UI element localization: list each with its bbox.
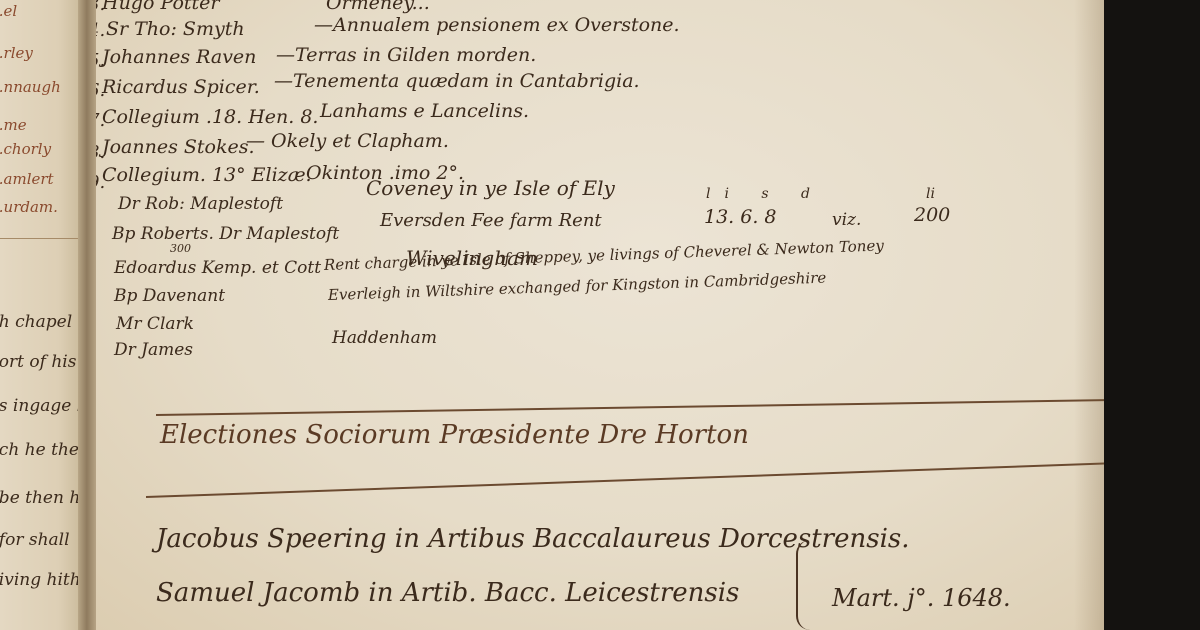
- brace-mark: [796, 540, 812, 630]
- benefaction-desc: Eversden Fee farm Rent: [380, 210, 602, 231]
- margin-fragment: ..for shall: [0, 530, 70, 550]
- amount-value: 13. 6. 8: [704, 206, 777, 228]
- currency-header: li s d: [706, 186, 824, 202]
- margin-name: ..nnaugh: [0, 78, 61, 96]
- benefactor-name: Ricardus Spicer.: [102, 76, 260, 98]
- benefaction-desc: — Okely et Clapham.: [246, 130, 449, 152]
- margin-name: ..me: [0, 116, 27, 134]
- election-entry: Samuel Jacomb in Artib. Bacc. Leicestren…: [156, 578, 739, 608]
- benefaction-desc: —Annualem pensionem ex Overstone.: [314, 14, 680, 36]
- benefaction-desc: —Tenementa quædam in Cantabrigia.: [274, 70, 640, 92]
- superscript-value: 300: [170, 242, 191, 255]
- benefaction-desc: —Terras in Gilden morden.: [276, 44, 536, 66]
- left-page: ..el ..rley ..nnaugh ..me ..chorly ..aml…: [0, 0, 84, 630]
- benefactor-name: Edoardus Kemp. et Cott: [114, 258, 321, 278]
- margin-fragment: ..ch he then hi..: [0, 440, 84, 460]
- margin-rule: [0, 238, 84, 239]
- viz-unit: li: [926, 186, 935, 202]
- benefactor-name: Hugo Potter: [102, 0, 220, 14]
- margin-name: ..el: [0, 2, 17, 20]
- benefactor-name: Collegium. 13° Elizæ.: [102, 164, 312, 186]
- margin-fragment: ..ort of his: [0, 352, 76, 372]
- dark-backdrop: [1104, 0, 1200, 630]
- benefactor-name: Johannes Raven: [102, 46, 256, 68]
- margin-name: ..urdam.: [0, 198, 58, 216]
- benefaction-desc: Ormeney...: [326, 0, 430, 14]
- heading-top-rule: [156, 399, 1104, 415]
- margin-name: ..rley: [0, 44, 33, 62]
- heading-bottom-rule: [146, 462, 1104, 497]
- election-date: Mart. j°. 1648.: [832, 584, 1011, 612]
- benefactor-name: Dr James: [114, 340, 193, 360]
- margin-fragment: ..h chapel: [0, 312, 72, 332]
- margin-fragment: ..iving hith..: [0, 570, 84, 590]
- margin-fragment: ..be then hai..: [0, 488, 84, 508]
- benefactor-name: Dr Rob: Maplestoft: [118, 194, 283, 214]
- benefaction-desc: Coveney in ye Isle of Ely: [366, 176, 615, 200]
- page-edge-shadow: [1074, 0, 1104, 630]
- benefaction-desc: Lanhams e Lancelins.: [320, 100, 529, 122]
- viz-label: viz.: [832, 210, 861, 230]
- benefactor-name: Bp Davenant: [114, 286, 225, 306]
- benefactor-name: Bp Roberts. Dr Maplestoft: [112, 224, 339, 244]
- benefaction-desc: Haddenham: [332, 328, 437, 348]
- margin-name: ..amlert: [0, 170, 54, 188]
- benefactor-name: Collegium .18. Hen. 8.: [102, 106, 318, 128]
- viz-value: 200: [914, 204, 950, 226]
- benefactor-name: Joannes Stokes.: [102, 136, 255, 158]
- benefaction-desc: Everleigh in Wiltshire exchanged for Kin…: [328, 269, 827, 304]
- benefactor-name: Mr Clark: [116, 314, 194, 334]
- section-heading: Electiones Sociorum Præsidente Dre Horto…: [160, 420, 749, 450]
- entry-number: 4.: [96, 20, 105, 41]
- right-page: 3. Hugo Potter Ormeney... 4. Sr Tho: Smy…: [96, 0, 1104, 630]
- margin-fragment: ..s ingage hi..: [0, 396, 84, 416]
- benefaction-desc: Rent charge in ye Isle of Sheppey, ye li…: [324, 236, 884, 274]
- benefactor-name: Sr Tho: Smyth: [106, 18, 245, 40]
- margin-name: ..chorly: [0, 140, 51, 158]
